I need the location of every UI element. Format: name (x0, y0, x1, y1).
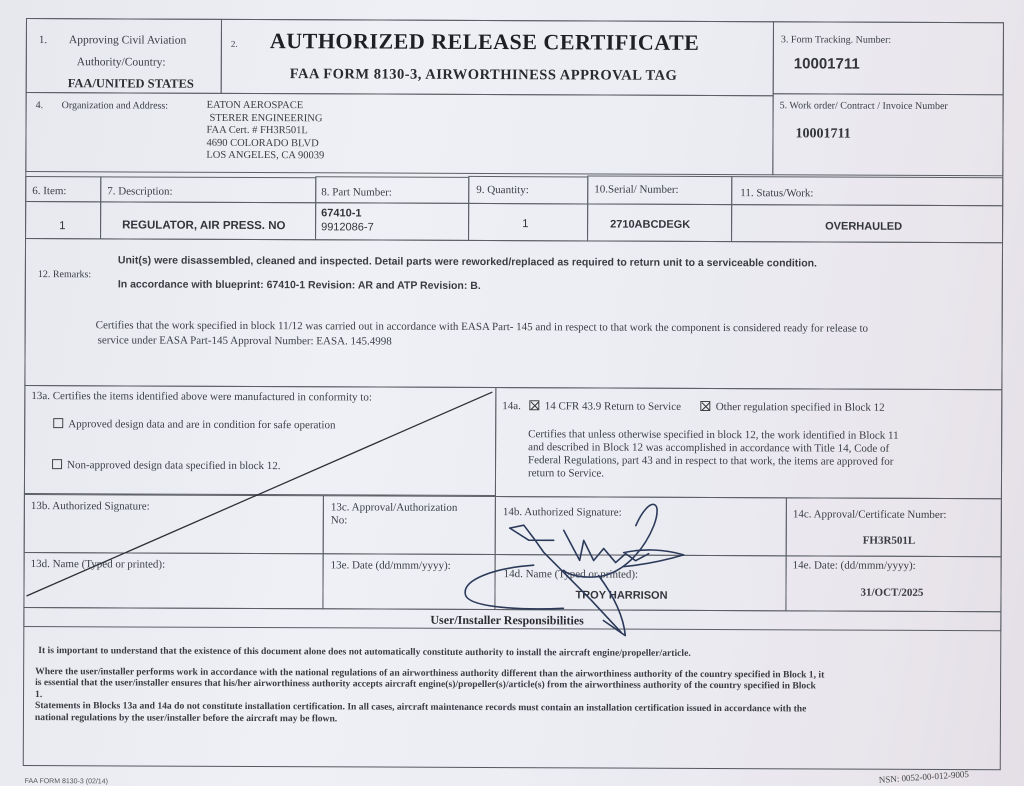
handwritten-signature (23, 18, 1006, 782)
form-id-footer: FAA FORM 8130-3 (02/14) (25, 778, 108, 785)
certificate-sheet: 1. Approving Civil Aviation Authority/Co… (23, 18, 1006, 774)
